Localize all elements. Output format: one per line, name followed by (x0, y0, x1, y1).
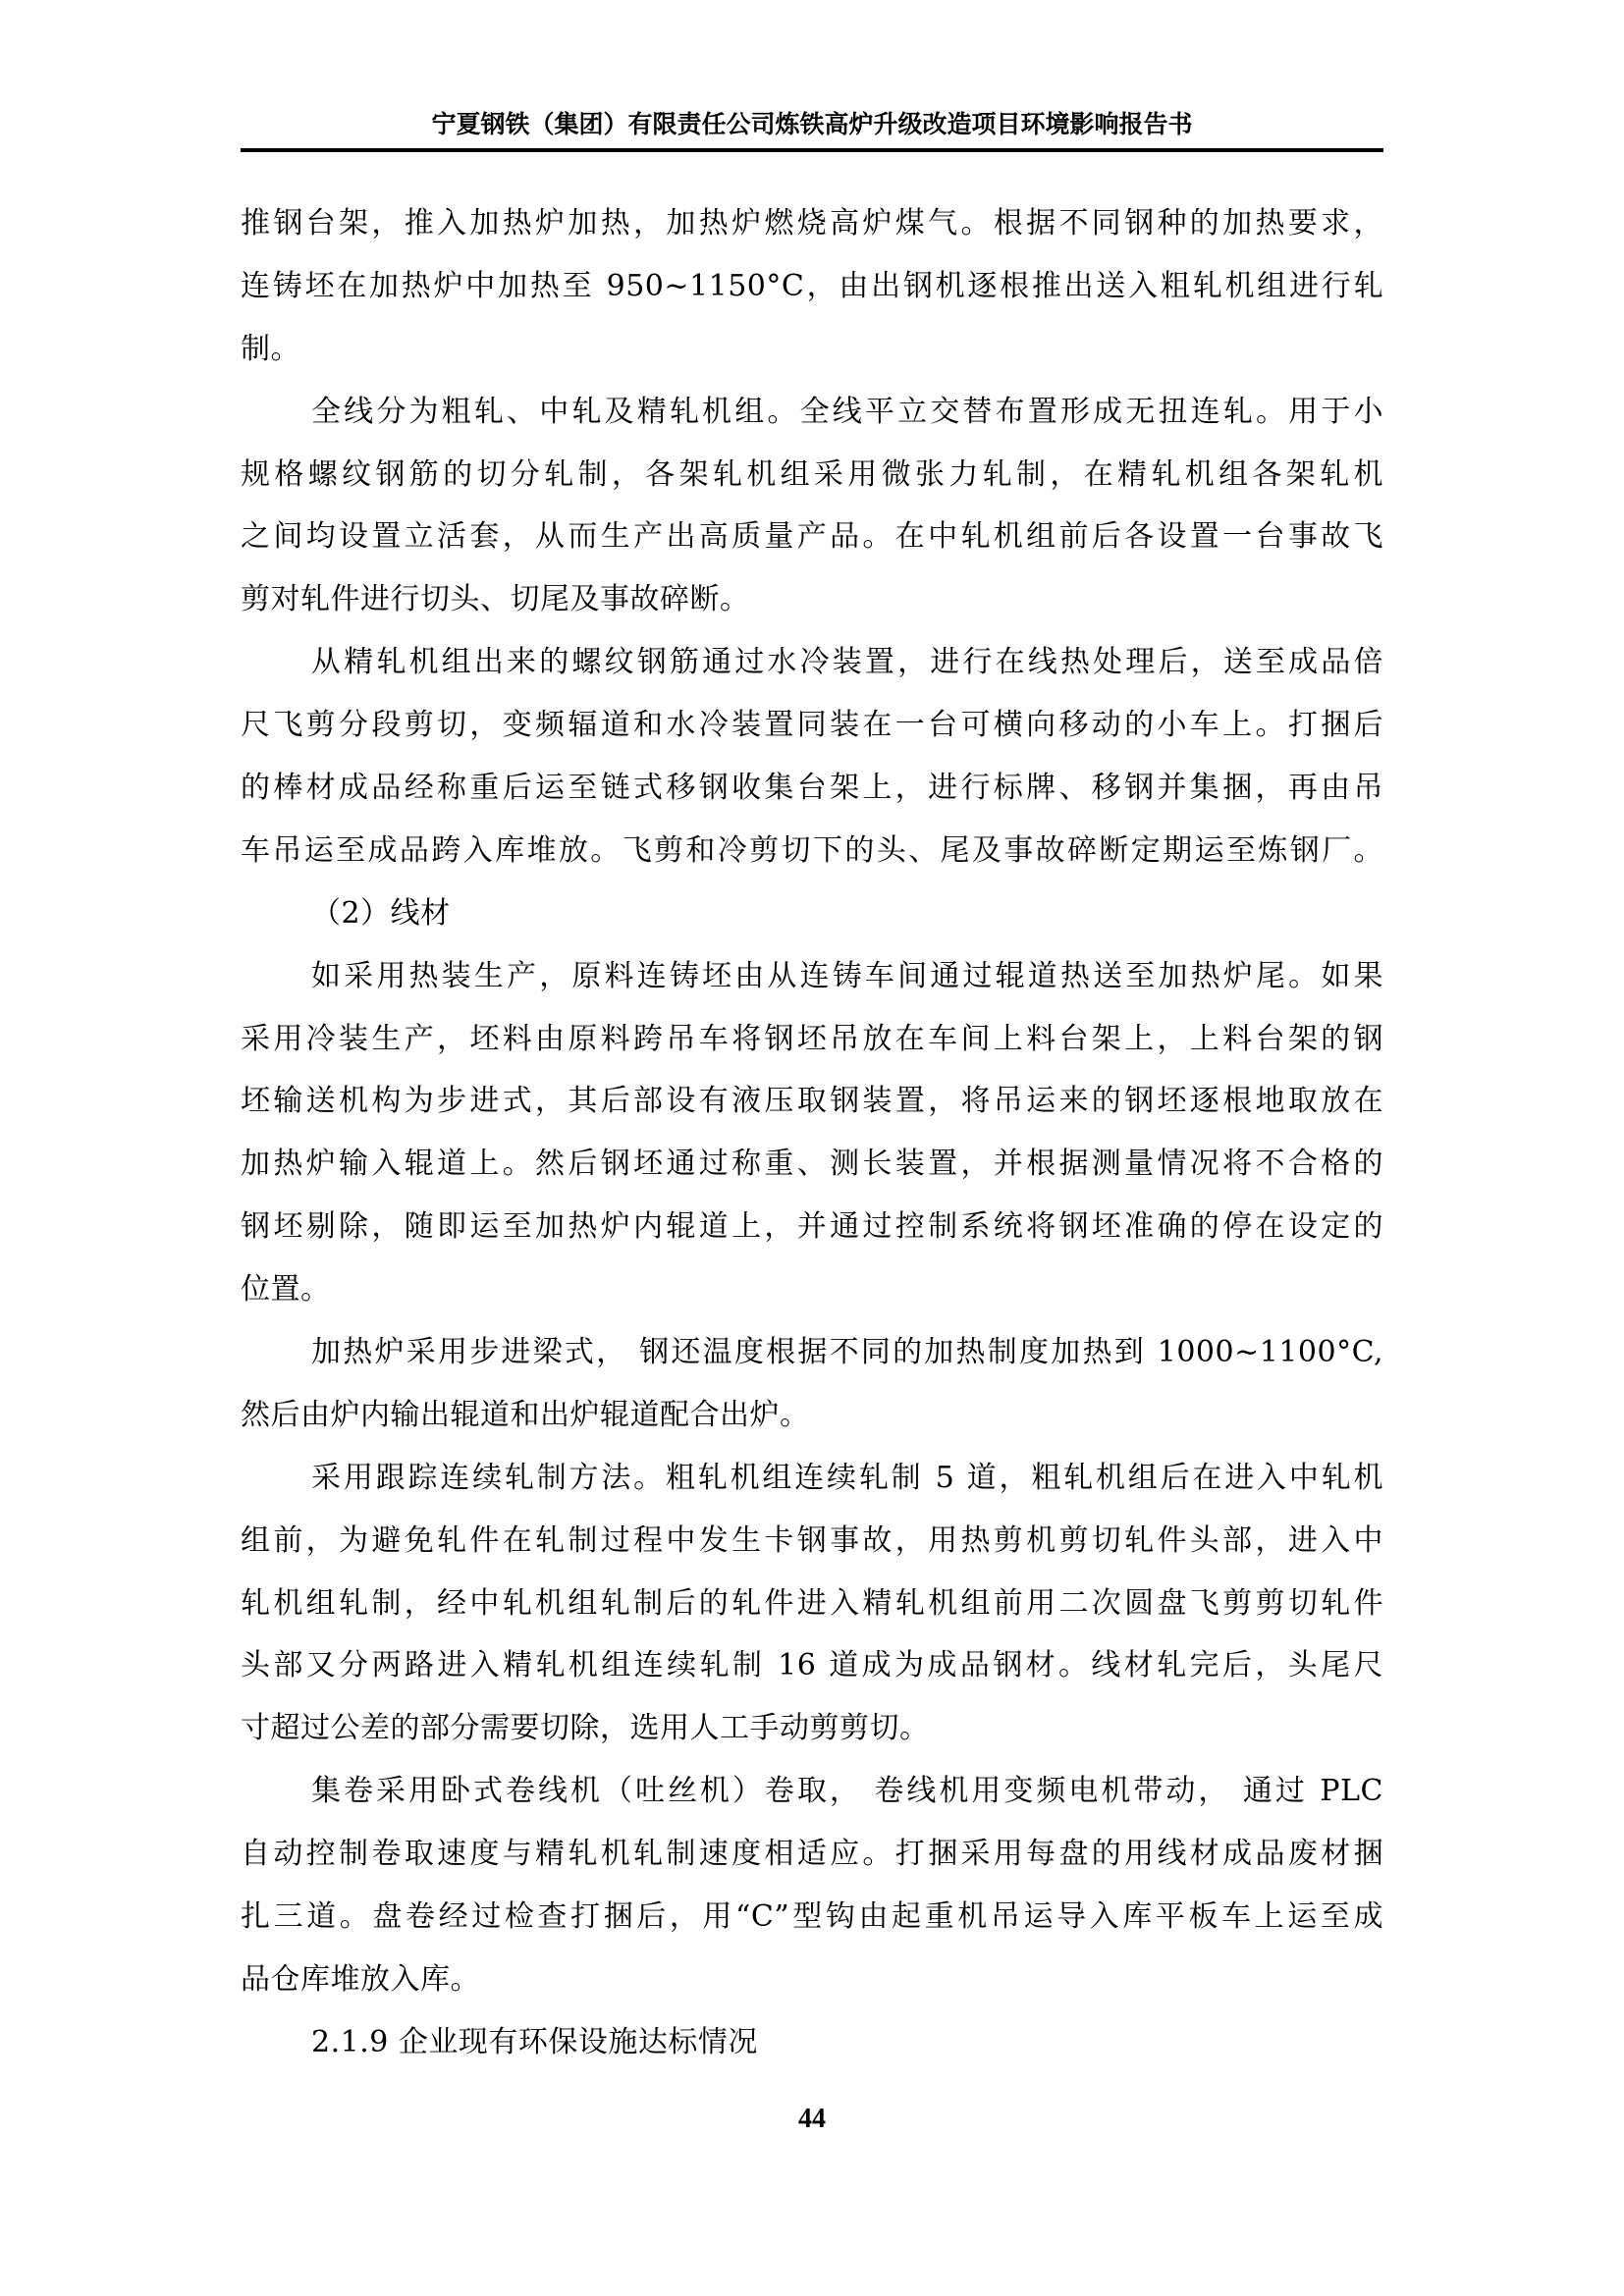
text-line: 制。 (241, 318, 1383, 381)
text-line: 头部又分两路进入精轧机组连续轧制 16 道成为成品钢材。线材轧完后，头尾尺 (241, 1634, 1383, 1697)
text-line: 车吊运至成品跨入库堆放。飞剪和冷剪切下的头、尾及事故碎断定期运至炼钢厂。 (241, 820, 1383, 882)
text-line: 如采用热装生产，原料连铸坯由从连铸车间通过辊道热送至加热炉尾。如果 (241, 945, 1383, 1008)
document-body: 推钢台架，推入加热炉加热，加热炉燃烧高炉煤气。根据不同钢种的加热要求，连铸坯在加… (241, 192, 1383, 2074)
text-line: 的棒材成品经称重后运至链式移钢收集台架上，进行标牌、移钢并集捆，再由吊 (241, 757, 1383, 820)
text-line: 轧机组轧制，经中轧机组轧制后的轧件进入精轧机组前用二次圆盘飞剪剪切轧件 (241, 1573, 1383, 1635)
text-line: 规格螺纹钢筋的切分轧制，各架轧机组采用微张力轧制，在精轧机组各架轧机 (241, 444, 1383, 507)
text-line: 全线分为粗轧、中轧及精轧机组。全线平立交替布置形成无扭连轧。用于小 (241, 381, 1383, 444)
text-line: 钢坯剔除，随即运至加热炉内辊道上，并通过控制系统将钢坯准确的停在设定的 (241, 1196, 1383, 1258)
text-line: 连铸坯在加热炉中加热至 950~1150°C，由出钢机逐根推出送入粗轧机组进行轧 (241, 255, 1383, 318)
section-heading: 2.1.9 企业现有环保设施达标情况 (241, 2011, 1383, 2074)
text-line: 集卷采用卧式卷线机（吐丝机）卷取， 卷线机用变频电机带动， 通过 PLC (241, 1760, 1383, 1823)
text-line: 位置。 (241, 1258, 1383, 1321)
text-line: 剪对轧件进行切头、切尾及事故碎断。 (241, 568, 1383, 631)
text-line: 品仓库堆放入库。 (241, 1949, 1383, 2011)
text-line: 加热炉输入辊道上。然后钢坯通过称重、测长装置，并根据测量情况将不合格的 (241, 1133, 1383, 1196)
header-divider (241, 148, 1383, 152)
text-line: 采用冷装生产，坯料由原料跨吊车将钢坯吊放在车间上料台架上，上料台架的钢 (241, 1008, 1383, 1071)
text-line: 扎三道。盘卷经过检查打捆后，用“C”型钩由起重机吊运导入库平板车上运至成 (241, 1886, 1383, 1949)
text-line: 推钢台架，推入加热炉加热，加热炉燃烧高炉煤气。根据不同钢种的加热要求， (241, 192, 1383, 255)
text-line: 自动控制卷取速度与精轧机轧制速度相适应。打捆采用每盘的用线材成品废材捆 (241, 1823, 1383, 1886)
text-line: 坯输送机构为步进式，其后部设有液压取钢装置，将吊运来的钢坯逐根地取放在 (241, 1070, 1383, 1133)
subsection-heading: （2）线材 (241, 882, 1383, 945)
text-line: 加热炉采用步进梁式， 钢还温度根据不同的加热制度加热到 1000~1100°C, (241, 1321, 1383, 1384)
text-line: 组前，为避免轧件在轧制过程中发生卡钢事故，用热剪机剪切轧件头部，进入中 (241, 1510, 1383, 1573)
text-line: 采用跟踪连续轧制方法。粗轧机组连续轧制 5 道，粗轧机组后在进入中轧机 (241, 1447, 1383, 1510)
document-page: 宁夏钢铁（集团）有限责任公司炼铁高炉升级改造项目环境影响报告书 推钢台架，推入加… (0, 0, 1624, 2296)
text-line: 从精轧机组出来的螺纹钢筋通过水冷装置，进行在线热处理后，送至成品倍 (241, 631, 1383, 694)
running-header-title: 宁夏钢铁（集团）有限责任公司炼铁高炉升级改造项目环境影响报告书 (241, 110, 1383, 139)
page-number: 44 (0, 2104, 1624, 2135)
text-line: 尺飞剪分段剪切，变频辐道和水冷装置同装在一台可横向移动的小车上。打捆后 (241, 694, 1383, 757)
text-line: 寸超过公差的部分需要切除，选用人工手动剪剪切。 (241, 1697, 1383, 1760)
text-line: 之间均设置立活套，从而生产出高质量产品。在中轧机组前后各设置一台事故飞 (241, 506, 1383, 568)
text-line: 然后由炉内输出辊道和出炉辊道配合出炉。 (241, 1384, 1383, 1447)
